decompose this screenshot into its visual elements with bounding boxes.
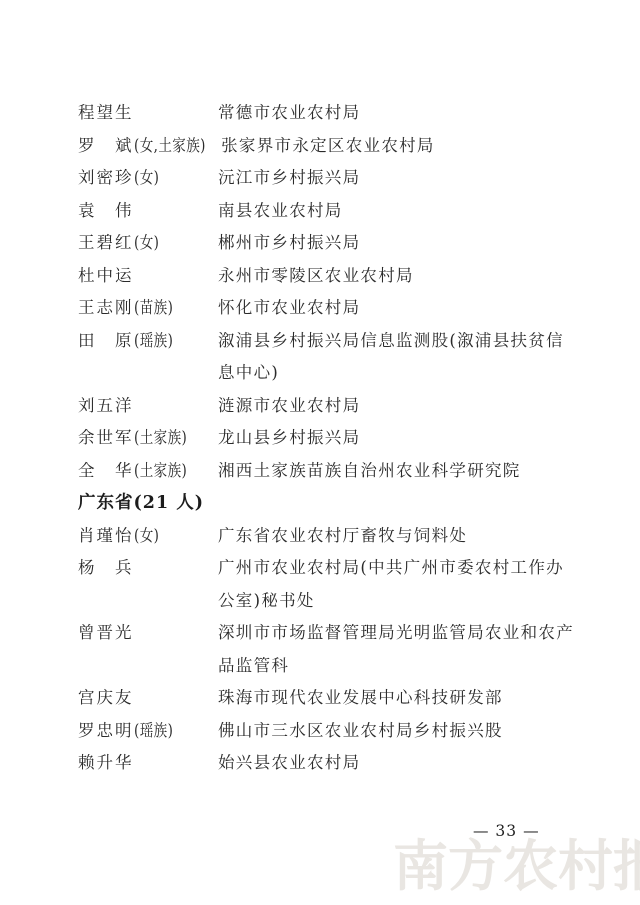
list-row: 曾晋光深圳市市场监督管理局光明监管局农业和农产 品监管科 xyxy=(78,617,583,682)
list-row: 余世军(土家族)龙山县乡村振兴局 xyxy=(78,422,583,455)
recipient-name: 杜中运 xyxy=(78,260,218,293)
name-text: 赖升华 xyxy=(78,753,134,772)
recipient-name: 肖瑾怡(女) xyxy=(78,520,218,553)
name-text: 余世军 xyxy=(78,428,134,447)
recipient-organization: 湘西土家族苗族自治州农业科学研究院 xyxy=(218,455,583,488)
recipient-name: 袁 伟 xyxy=(78,195,218,228)
recipient-name: 赖升华 xyxy=(78,747,218,780)
recipient-name: 罗 斌(女,土家族) xyxy=(78,130,221,163)
recipient-name: 罗忠明(瑶族) xyxy=(78,715,218,748)
name-annotation: (苗族) xyxy=(134,292,173,325)
name-text: 肖瑾怡 xyxy=(78,526,134,545)
recipient-name: 王碧红(女) xyxy=(78,227,218,260)
name-text: 王志刚 xyxy=(78,298,134,317)
name-annotation: (瑶族) xyxy=(134,325,173,358)
name-annotation: (女) xyxy=(134,227,159,260)
name-annotation: (女,土家族) xyxy=(134,130,206,163)
list-row: 袁 伟南县农业农村局 xyxy=(78,195,583,228)
recipient-organization: 龙山县乡村振兴局 xyxy=(218,422,583,455)
name-text: 袁 伟 xyxy=(78,201,134,220)
list-row: 肖瑾怡(女)广东省农业农村厅畜牧与饲料处 xyxy=(78,520,583,553)
name-text: 刘五洋 xyxy=(78,396,134,415)
recipient-organization: 南县农业农村局 xyxy=(218,195,583,228)
recipient-organization: 始兴县农业农村局 xyxy=(218,747,583,780)
name-text: 宫庆友 xyxy=(78,688,134,707)
recipient-name: 刘五洋 xyxy=(78,390,218,423)
section-header: 广东省(21 人) xyxy=(78,487,583,520)
list-row: 程望生常德市农业农村局 xyxy=(78,97,583,130)
name-text: 王碧红 xyxy=(78,233,134,252)
recipient-organization: 珠海市现代农业发展中心科技研发部 xyxy=(218,682,583,715)
page-number: — 33 — xyxy=(473,822,540,840)
recipient-organization: 郴州市乡村振兴局 xyxy=(218,227,583,260)
recipient-name: 王志刚(苗族) xyxy=(78,292,218,325)
recipient-organization: 深圳市市场监督管理局光明监管局农业和农产 品监管科 xyxy=(218,617,583,682)
recipient-organization: 张家界市永定区农业农村局 xyxy=(221,130,583,163)
recipient-name: 刘密珍(女) xyxy=(78,162,218,195)
name-text: 全 华 xyxy=(78,461,134,480)
document-page: 程望生常德市农业农村局罗 斌(女,土家族)张家界市永定区农业农村局刘密珍(女)沅… xyxy=(0,0,640,905)
recipient-name: 曾晋光 xyxy=(78,617,218,650)
name-text: 杨 兵 xyxy=(78,558,134,577)
recipient-name: 全 华(土家族) xyxy=(78,455,218,488)
list-row: 罗 斌(女,土家族)张家界市永定区农业农村局 xyxy=(78,130,583,163)
recipient-organization: 广东省农业农村厅畜牧与饲料处 xyxy=(218,520,583,553)
recipient-organization: 涟源市农业农村局 xyxy=(218,390,583,423)
list-row: 赖升华始兴县农业农村局 xyxy=(78,747,583,780)
name-text: 曾晋光 xyxy=(78,623,134,642)
name-annotation: (女) xyxy=(134,162,159,195)
name-text: 田 原 xyxy=(78,331,134,350)
recipient-organization: 永州市零陵区农业农村局 xyxy=(218,260,583,293)
list-row: 罗忠明(瑶族)佛山市三水区农业农村局乡村振兴股 xyxy=(78,715,583,748)
recipient-name: 程望生 xyxy=(78,97,218,130)
recipient-organization: 溆浦县乡村振兴局信息监测股(溆浦县扶贫信 息中心) xyxy=(218,325,583,390)
list-row: 刘五洋涟源市农业农村局 xyxy=(78,390,583,423)
list-row: 王碧红(女)郴州市乡村振兴局 xyxy=(78,227,583,260)
recipient-organization: 常德市农业农村局 xyxy=(218,97,583,130)
name-annotation: (土家族) xyxy=(134,422,187,455)
name-annotation: (土家族) xyxy=(134,455,187,488)
name-text: 刘密珍 xyxy=(78,168,134,187)
recipient-name: 田 原(瑶族) xyxy=(78,325,218,358)
recipients-list: 程望生常德市农业农村局罗 斌(女,土家族)张家界市永定区农业农村局刘密珍(女)沅… xyxy=(78,97,583,780)
list-row: 宫庆友珠海市现代农业发展中心科技研发部 xyxy=(78,682,583,715)
list-row: 全 华(土家族)湘西土家族苗族自治州农业科学研究院 xyxy=(78,455,583,488)
name-text: 程望生 xyxy=(78,103,134,122)
watermark-southern-rural-news: 南方农村报 xyxy=(393,836,640,897)
recipient-name: 杨 兵 xyxy=(78,552,218,585)
name-text: 杜中运 xyxy=(78,266,134,285)
recipient-organization: 沅江市乡村振兴局 xyxy=(218,162,583,195)
recipient-organization: 广州市农业农村局(中共广州市委农村工作办 公室)秘书处 xyxy=(218,552,583,617)
name-text: 罗 斌 xyxy=(78,136,134,155)
name-text: 罗忠明 xyxy=(78,721,134,740)
recipient-name: 余世军(土家族) xyxy=(78,422,218,455)
name-annotation: (瑶族) xyxy=(134,715,173,748)
recipient-organization: 怀化市农业农村局 xyxy=(218,292,583,325)
recipient-organization: 佛山市三水区农业农村局乡村振兴股 xyxy=(218,715,583,748)
list-row: 刘密珍(女)沅江市乡村振兴局 xyxy=(78,162,583,195)
recipient-name: 宫庆友 xyxy=(78,682,218,715)
list-row: 杨 兵广州市农业农村局(中共广州市委农村工作办 公室)秘书处 xyxy=(78,552,583,617)
list-row: 杜中运永州市零陵区农业农村局 xyxy=(78,260,583,293)
name-annotation: (女) xyxy=(134,520,159,553)
list-row: 田 原(瑶族)溆浦县乡村振兴局信息监测股(溆浦县扶贫信 息中心) xyxy=(78,325,583,390)
list-row: 王志刚(苗族)怀化市农业农村局 xyxy=(78,292,583,325)
